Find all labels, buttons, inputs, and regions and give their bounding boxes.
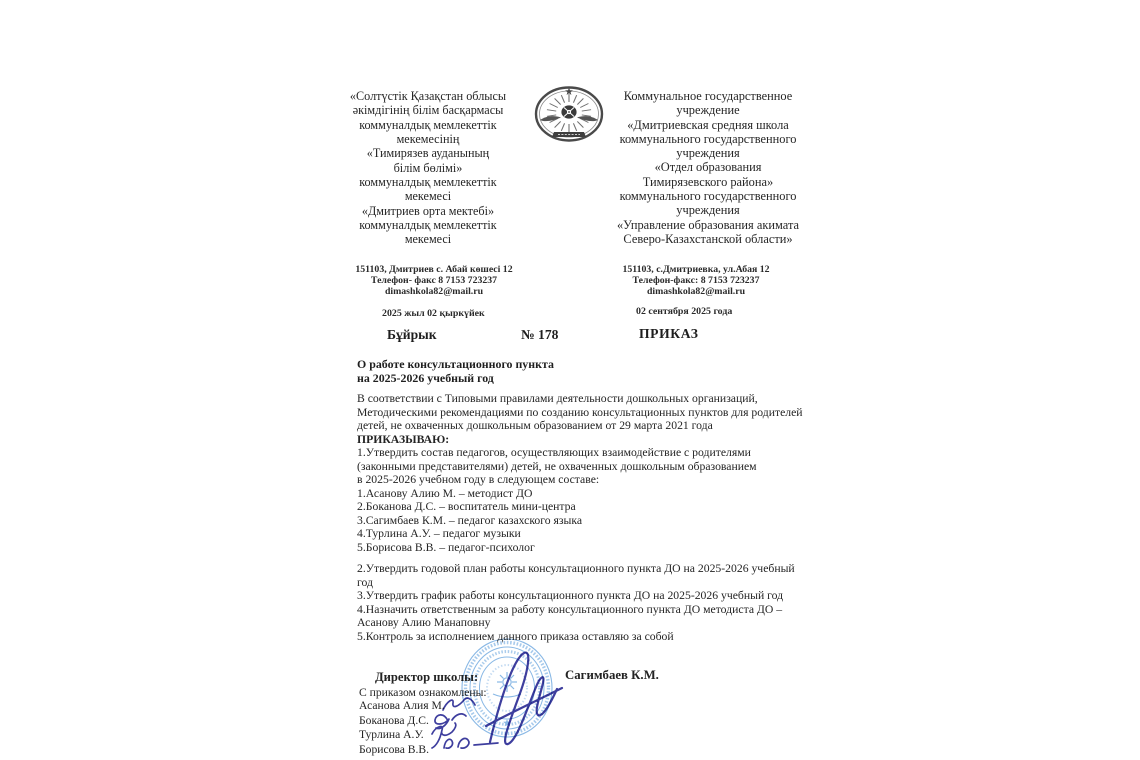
ack-signature-1 xyxy=(443,698,475,710)
letterhead-line: коммуналдық мемлекеттік xyxy=(332,118,524,132)
order-subject: О работе консультационного пункта на 202… xyxy=(357,357,554,385)
phone-line: Телефон-факс: 8 7153 723237 xyxy=(616,275,776,286)
letterhead-line: коммуналдық мемлекеттік xyxy=(332,175,524,189)
letterhead-line: «Управление образования акимата xyxy=(600,218,816,232)
letterhead-russian: Коммунальное государственное учреждение … xyxy=(600,89,816,246)
ack-signature-4 xyxy=(444,738,498,748)
email-line: dimashkola82@mail.ru xyxy=(616,286,776,297)
date-kazakh: 2025 жыл 02 қыркүйек xyxy=(382,308,485,319)
body-line: 2.Утвердить годовой план работы консульт… xyxy=(357,562,803,576)
letterhead-line: «Отдел образования xyxy=(600,160,816,174)
letterhead-line: мекемесі xyxy=(332,189,524,203)
letterhead-line: «Тимирязев ауданының xyxy=(332,146,524,160)
body-line: 1.Утвердить состав педагогов, осуществля… xyxy=(357,446,803,460)
resolution-heading: ПРИКАЗЫВАЮ: xyxy=(357,433,803,447)
letterhead-line: Тимирязевского района» xyxy=(600,175,816,189)
letterhead-line: коммунального государственного xyxy=(600,132,816,146)
letterhead-line: мекемесі xyxy=(332,232,524,246)
letterhead-line: «Дмитриевская средняя школа xyxy=(600,118,816,132)
letterhead-line: әкімдігінің білім басқармасы xyxy=(332,103,524,117)
staff-list-item: 1.Асанову Алию М. – методист ДО xyxy=(357,487,803,501)
letterhead-line: білім бөлімі» xyxy=(332,161,524,175)
body-line: Асанову Алию Манаповну xyxy=(357,616,803,630)
blank-line xyxy=(357,554,803,562)
kazakhstan-emblem-icon xyxy=(534,86,604,144)
letterhead-line: учреждение xyxy=(600,103,816,117)
letterhead-line: коммунального государственного xyxy=(600,189,816,203)
subject-line: на 2025-2026 учебный год xyxy=(357,371,554,385)
address-line: 151103, Дмитриев с. Абай көшесі 12 xyxy=(352,264,516,275)
order-title-russian: ПРИКАЗ xyxy=(639,326,699,342)
letterhead-line: Коммунальное государственное xyxy=(600,89,816,103)
staff-list-item: 3.Сагимбаев К.М. – педагог казахского яз… xyxy=(357,514,803,528)
subject-line: О работе консультационного пункта xyxy=(357,357,554,371)
body-line: 4.Назначить ответственным за работу конс… xyxy=(357,603,803,617)
body-line: (законными представителями) детей, не ох… xyxy=(357,460,803,474)
order-body: В соответствии с Типовыми правилами деят… xyxy=(357,392,803,643)
address-line: 151103, с.Дмитриевка, ул.Абая 12 xyxy=(616,264,776,275)
date-russian: 02 сентября 2025 года xyxy=(636,306,732,317)
staff-list-item: 4.Турлина А.У. – педагог музыки xyxy=(357,527,803,541)
document-page: «Солтүстік Қазақстан облысы әкімдігінің … xyxy=(0,0,1140,760)
contact-block-russian: 151103, с.Дмитриевка, ул.Абая 12 Телефон… xyxy=(616,264,776,297)
order-title-kazakh: Бұйрык xyxy=(387,327,437,343)
letterhead-line: учреждения xyxy=(600,203,816,217)
body-line: в 2025-2026 учебном году в следующем сос… xyxy=(357,473,803,487)
letterhead-kazakh: «Солтүстік Қазақстан облысы әкімдігінің … xyxy=(332,89,524,247)
body-line: В соответствии с Типовыми правилами деят… xyxy=(357,392,803,406)
order-number: № 178 xyxy=(521,327,558,343)
email-line: dimashkola82@mail.ru xyxy=(352,286,516,297)
body-line: 3.Утвердить график работы консультационн… xyxy=(357,589,803,603)
letterhead-line: учреждения xyxy=(600,146,816,160)
phone-line: Телефон- факс 8 7153 723237 xyxy=(352,275,516,286)
body-line: 5.Контроль за исполнением данного приказ… xyxy=(357,630,803,644)
letterhead-line: «Дмитриев орта мектебі» xyxy=(332,204,524,218)
body-line: год xyxy=(357,576,803,590)
acknowledgement-signatures xyxy=(418,690,548,760)
letterhead-line: «Солтүстік Қазақстан облысы xyxy=(332,89,524,103)
letterhead-line: мекемесінің xyxy=(332,132,524,146)
letterhead-line: коммуналдық мемлекеттік xyxy=(332,218,524,232)
body-line: детей, не охваченных дошкольным образова… xyxy=(357,419,803,433)
staff-list-item: 2.Боканова Д.С. – воспитатель мини-центр… xyxy=(357,500,803,514)
staff-list-item: 5.Борисова В.В. – педагог-психолог xyxy=(357,541,803,555)
contact-block-kazakh: 151103, Дмитриев с. Абай көшесі 12 Телеф… xyxy=(352,264,516,297)
letterhead-line: Северо-Казахстанской области» xyxy=(600,232,816,246)
body-line: Методическими рекомендациями по созданию… xyxy=(357,406,803,420)
